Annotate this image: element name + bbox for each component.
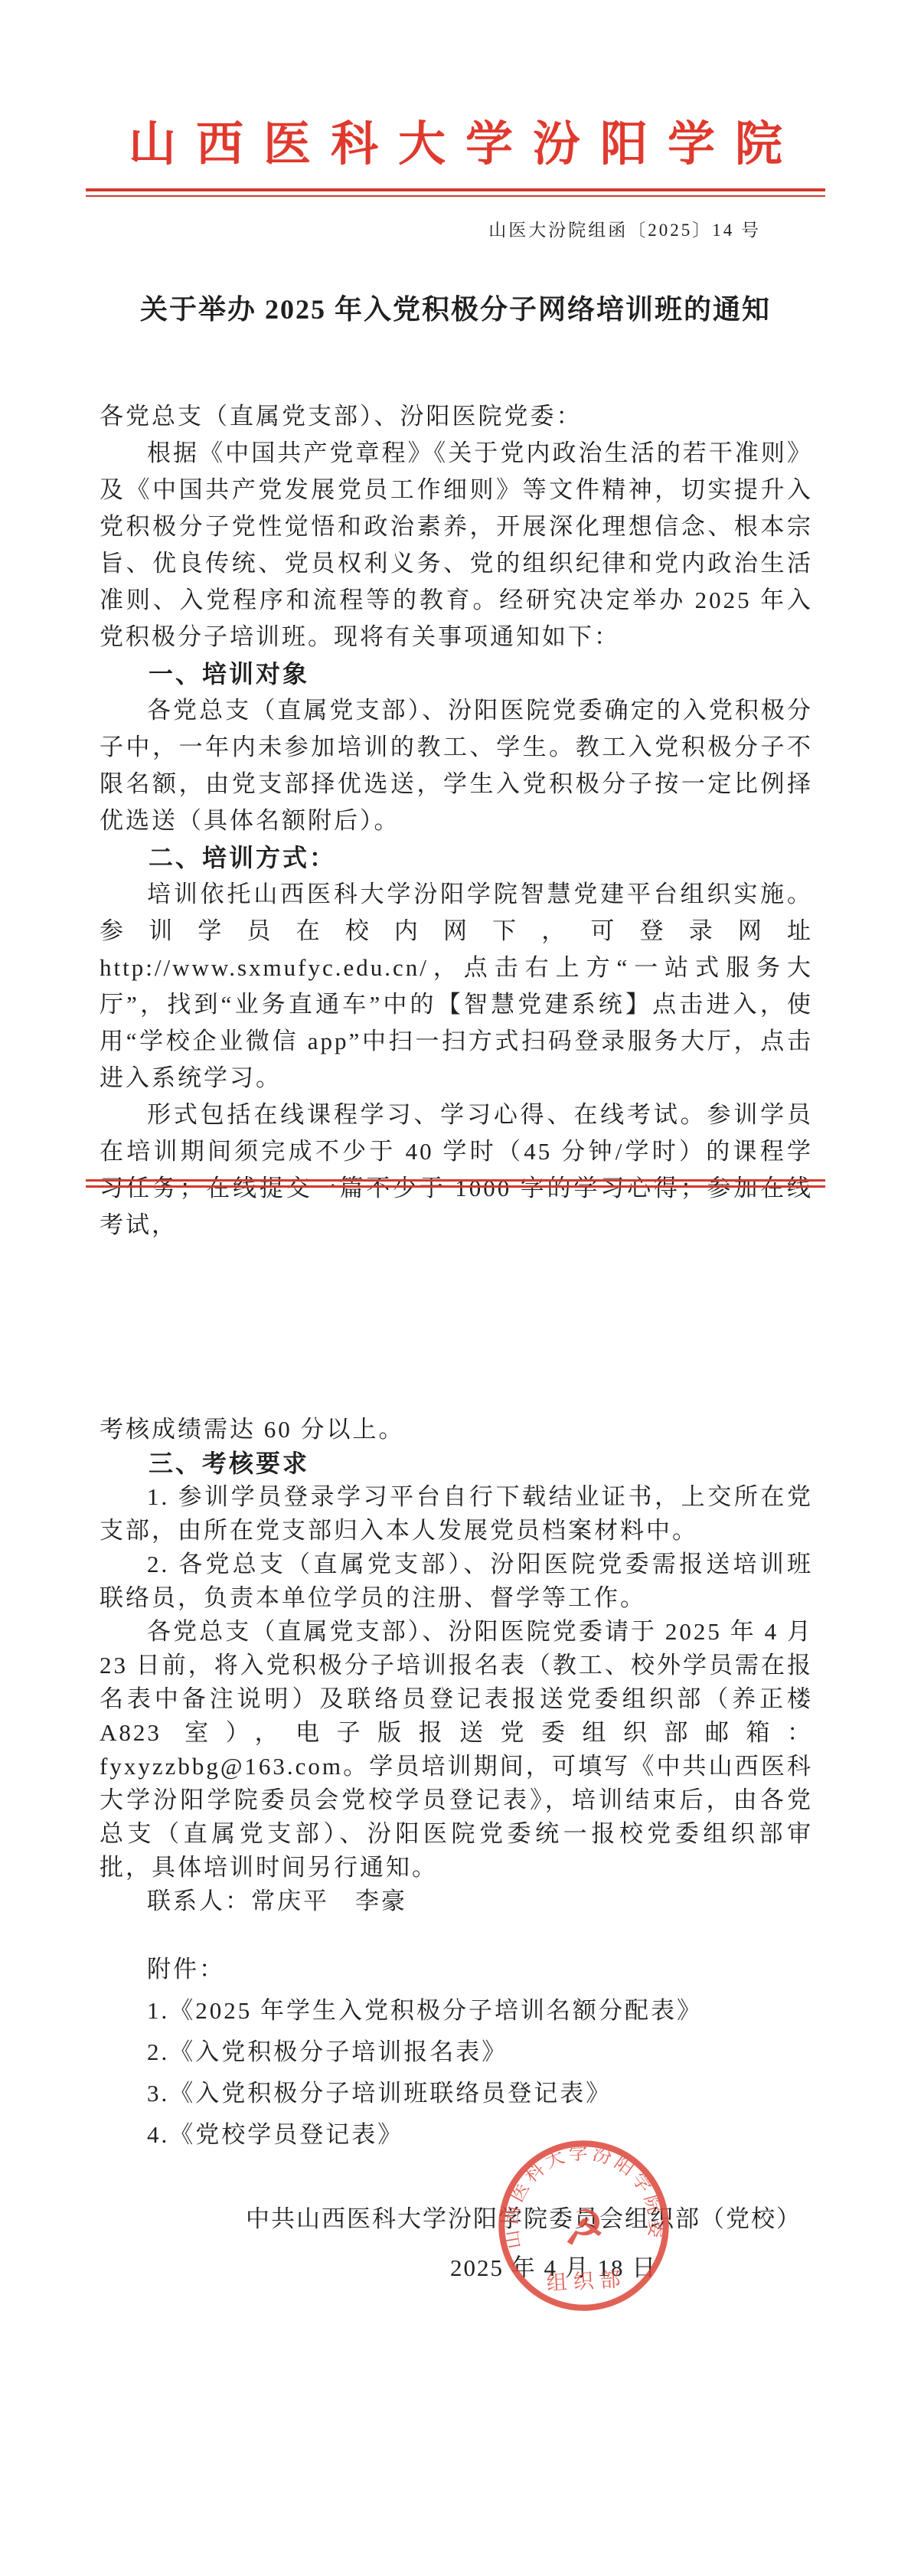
- attachment-item: 2.《入党积极分子培训报名表》: [100, 2032, 813, 2073]
- page1-footer-divider: [86, 1179, 825, 1188]
- section3-item2: 2. 各党总支（直属党支部）、汾阳医院党委需报送培训班联络员，负责本单位学员的注…: [100, 1548, 813, 1615]
- document-number: 山医大汾院组函〔2025〕14 号: [488, 216, 761, 241]
- section1-paragraph: 各党总支（直属党支部）、汾阳医院党委确定的入党积极分子中，一年内未参加培训的教工…: [100, 692, 813, 839]
- salutation: 各党总支（直属党支部）、汾阳医院党委：: [100, 398, 813, 435]
- issuer-signature: 中共山西医科大学汾阳学院委员会组织部（党校）: [246, 2199, 802, 2234]
- letterhead-title: 山西医科大学汾阳学院: [0, 106, 911, 174]
- letterhead-divider: [86, 188, 825, 197]
- contact-line: 联系人：常庆平 李豪: [100, 1885, 813, 1918]
- intro-paragraph: 根据《中国共产党章程》《关于党内政治生活的若干准则》及《中国共产党发展党员工作细…: [100, 435, 813, 655]
- attachments-label: 附件：: [100, 1949, 813, 1990]
- page1-body: 各党总支（直属党支部）、汾阳医院党委： 根据《中国共产党章程》《关于党内政治生活…: [100, 398, 813, 1244]
- section2-paragraph1: 培训依托山西医科大学汾阳学院智慧党建平台组织实施。参训学员在校内网下，可登录网址…: [100, 876, 813, 1097]
- section3-heading: 三、考核要求: [100, 1447, 813, 1480]
- issue-date: 2025 年 4 月 18 日: [450, 2248, 657, 2283]
- page2-body: 考核成绩需达 60 分以上。 三、考核要求 1. 参训学员登录学习平台自行下载结…: [100, 1413, 813, 2156]
- notice-title: 关于举办 2025 年入党积极分子网络培训班的通知: [0, 288, 911, 327]
- attachments-block: 附件： 1.《2025 年学生入党积极分子培训名额分配表》 2.《入党积极分子培…: [100, 1949, 813, 2156]
- section1-heading: 一、培训对象: [100, 655, 813, 692]
- document-page: 山西医科大学汾阳学院 山医大汾院组函〔2025〕14 号 关于举办 2025 年…: [0, 0, 911, 2576]
- section2-paragraph2: 形式包括在线课程学习、学习心得、在线考试。参训学员在培训期间须完成不少于 40 …: [100, 1097, 813, 1244]
- section2-paragraph2-continued: 考核成绩需达 60 分以上。: [100, 1413, 813, 1447]
- attachment-item: 4.《党校学员登记表》: [100, 2114, 813, 2156]
- attachment-item: 3.《入党积极分子培训班联络员登记表》: [100, 2073, 813, 2114]
- attachment-item: 1.《2025 年学生入党积极分子培训名额分配表》: [100, 1990, 813, 2032]
- section3-item1: 1. 参训学员登录学习平台自行下载结业证书，上交所在党支部，由所在党支部归入本人…: [100, 1480, 813, 1548]
- section3-paragraph: 各党总支（直属党支部）、汾阳医院党委请于 2025 年 4 月 23 日前，将入…: [100, 1615, 813, 1885]
- section2-heading: 二、培训方式：: [100, 839, 813, 876]
